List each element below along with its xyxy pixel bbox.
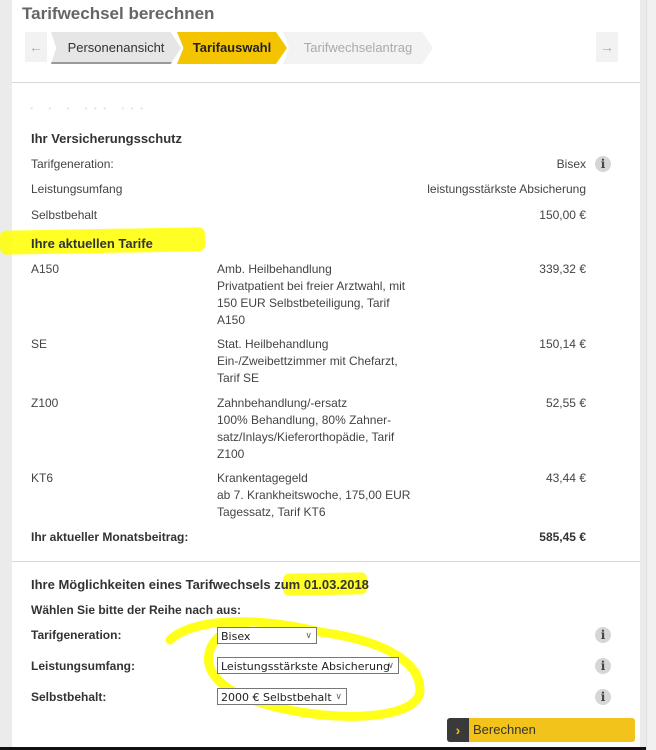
field-label-leistungsumfang: Leistungsumfang: xyxy=(31,659,135,673)
calculate-button[interactable]: › Berechnen xyxy=(447,718,635,742)
field-label-selbstbehalt: Selbstbehalt: xyxy=(31,690,106,704)
tariff-description: Zahnbehandlung/-ersatz100% Behandlung, 8… xyxy=(217,395,417,463)
tariff-price: 150,14 € xyxy=(539,337,586,351)
info-icon[interactable]: i xyxy=(595,627,611,643)
step-personenansicht[interactable]: Personenansicht xyxy=(51,32,181,64)
info-icon[interactable]: i xyxy=(595,658,611,674)
select-tarifgeneration[interactable]: Bisex∨ xyxy=(217,627,317,644)
tariff-description: Krankentagegeldab 7. Krankheitswoche, 17… xyxy=(217,470,417,521)
tariff-price: 52,55 € xyxy=(546,396,586,410)
scrollbar-track[interactable] xyxy=(646,0,656,750)
tariff-price: 43,44 € xyxy=(546,471,586,485)
total-value: 585,45 € xyxy=(539,530,586,544)
step-tarifwechselantrag: Tarifwechselantrag xyxy=(283,32,433,64)
chevron-down-icon: ∨ xyxy=(305,628,312,645)
coverage-label-tarifgeneration: Tarifgeneration: xyxy=(31,157,114,171)
coverage-value-leistungsumfang: leistungsstärkste Absicherung xyxy=(427,182,586,196)
field-label-tarifgeneration: Tarifgeneration: xyxy=(31,628,121,642)
page-title: Tarifwechsel berechnen xyxy=(22,4,214,24)
total-label: Ihr aktueller Monatsbeitrag: xyxy=(31,530,188,544)
tariff-description: Stat. HeilbehandlungEin-/Zweibettzimmer … xyxy=(217,336,417,387)
tariff-code: KT6 xyxy=(31,471,53,485)
blurred-text: · · · ··· ··· xyxy=(30,103,149,114)
change-date: 01.03.2018 xyxy=(304,577,369,592)
tariff-description: Amb. HeilbehandlungPrivatpatient bei fre… xyxy=(217,261,417,329)
arrow-right-icon[interactable]: → xyxy=(596,32,618,62)
divider xyxy=(12,82,640,83)
info-icon[interactable]: i xyxy=(595,156,611,172)
coverage-value-selbstbehalt: 150,00 € xyxy=(539,208,586,222)
tariff-code: SE xyxy=(31,337,47,351)
select-leistungsumfang[interactable]: Leistungsstärkste Absicherung∨ xyxy=(217,657,399,674)
arrow-left-icon[interactable]: ← xyxy=(25,32,47,62)
step-tarifauswahl[interactable]: Tarifauswahl xyxy=(177,32,287,64)
chevron-right-icon: › xyxy=(447,718,469,742)
tariff-price: 339,32 € xyxy=(539,262,586,276)
info-icon[interactable]: i xyxy=(595,689,611,705)
select-selbstbehalt[interactable]: 2000 € Selbstbehalt∨ xyxy=(217,688,347,705)
coverage-title: Ihr Versicherungsschutz xyxy=(31,131,182,146)
coverage-label-leistungsumfang: Leistungsumfang xyxy=(31,182,122,196)
wizard-steps: ← Personenansicht Tarifauswahl Tarifwech… xyxy=(13,32,628,66)
chevron-down-icon: ∨ xyxy=(335,689,342,706)
tariff-code: Z100 xyxy=(31,396,58,410)
calculate-button-label: Berechnen xyxy=(473,718,536,742)
chevron-down-icon: ∨ xyxy=(387,658,394,675)
coverage-value-tarifgeneration: Bisex xyxy=(557,157,586,171)
change-options-title: Ihre Möglichkeiten eines Tarifwechsels z… xyxy=(31,577,369,592)
current-tariffs-title: Ihre aktuellen Tarife xyxy=(31,236,153,251)
change-instruction: Wählen Sie bitte der Reihe nach aus: xyxy=(31,603,241,617)
tariff-code: A150 xyxy=(31,262,59,276)
divider xyxy=(12,561,640,562)
coverage-label-selbstbehalt: Selbstbehalt xyxy=(31,208,97,222)
